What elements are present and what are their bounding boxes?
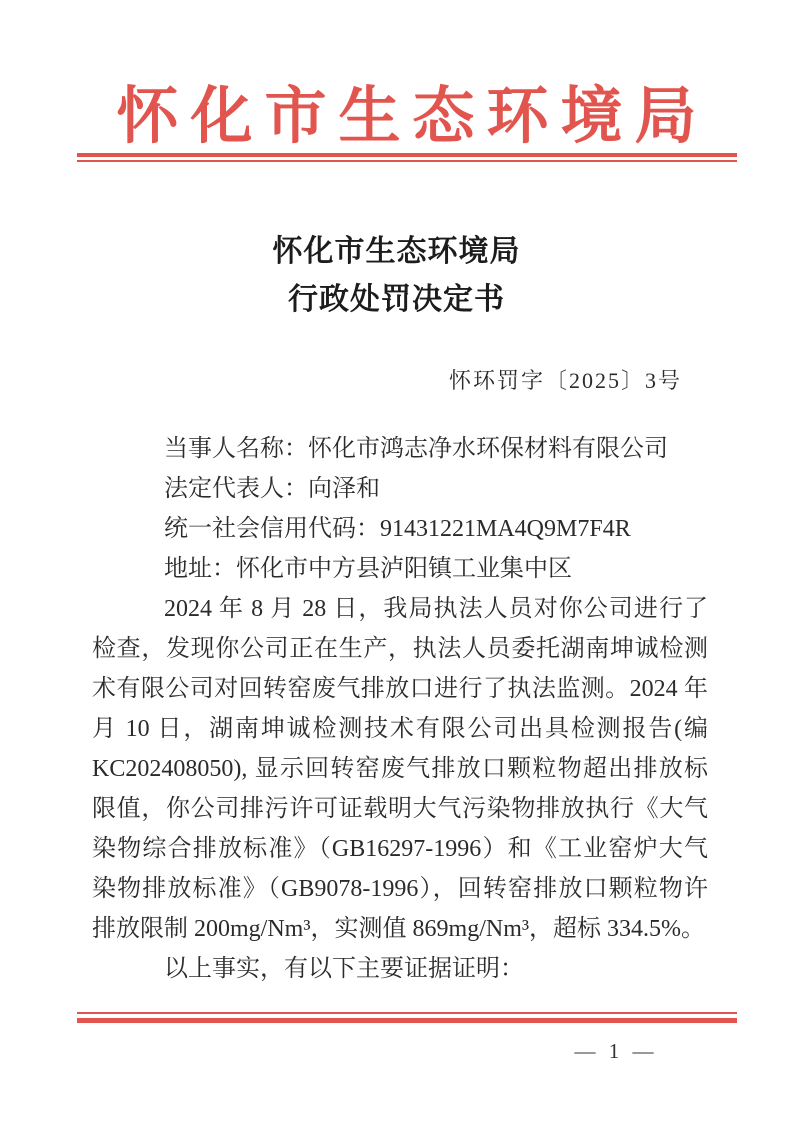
footer-rule-thick	[77, 1018, 737, 1023]
body-line: 2024 年 8 月 28 日，我局执法人员对你公司进行了现场	[92, 589, 708, 629]
body-line: 检查，发现你公司正在生产，执法人员委托湖南坤诚检测技	[92, 629, 708, 669]
body-line: 统一社会信用代码：91431221MA4Q9M7F4R	[92, 509, 708, 549]
letterhead-divider	[77, 153, 737, 162]
body-line: 月 10 日，湖南坤诚检测技术有限公司出具检测报告(编号：	[92, 709, 708, 749]
body-line: 当事人名称：怀化市鸿志净水环保材料有限公司	[92, 429, 708, 469]
document-number: 怀环罚字〔2025〕3号	[0, 366, 682, 396]
letterhead-rule-thin	[77, 160, 737, 162]
letterhead-title: 怀化市生态环境局	[20, 62, 793, 158]
footer-divider	[77, 1012, 737, 1023]
body-line: KC202408050), 显示回转窑废气排放口颗粒物超出排放标准	[92, 749, 708, 789]
body-line: 排放限制 200mg/Nm³，实测值 869mg/Nm³，超标 334.5%。	[92, 909, 708, 949]
body-line: 术有限公司对回转窑废气排放口进行了执法监测。2024 年 9	[92, 669, 708, 709]
document-title-line1: 怀化市生态环境局	[0, 228, 793, 276]
body-line: 限值，你公司排污许可证载明大气污染物排放执行《大气污	[92, 789, 708, 829]
document-page: 怀化市生态环境局 怀化市生态环境局 行政处罚决定书 怀环罚字〔2025〕3号 当…	[0, 0, 793, 1122]
body-line: 法定代表人：向泽和	[92, 469, 708, 509]
body-line: 染物综合排放标准》（GB16297-1996）和《工业窑炉大气污	[92, 829, 708, 869]
document-body: 当事人名称：怀化市鸿志净水环保材料有限公司法定代表人：向泽和统一社会信用代码：9…	[92, 429, 708, 989]
body-line: 地址：怀化市中方县泸阳镇工业集中区	[92, 549, 708, 589]
page-number: — 1 —	[516, 1038, 716, 1064]
body-line: 染物排放标准》（GB9078-1996），回转窑排放口颗粒物许可	[92, 869, 708, 909]
body-line: 以上事实，有以下主要证据证明：	[92, 949, 708, 989]
document-title: 怀化市生态环境局 行政处罚决定书	[0, 228, 793, 324]
document-title-line2: 行政处罚决定书	[0, 276, 793, 324]
